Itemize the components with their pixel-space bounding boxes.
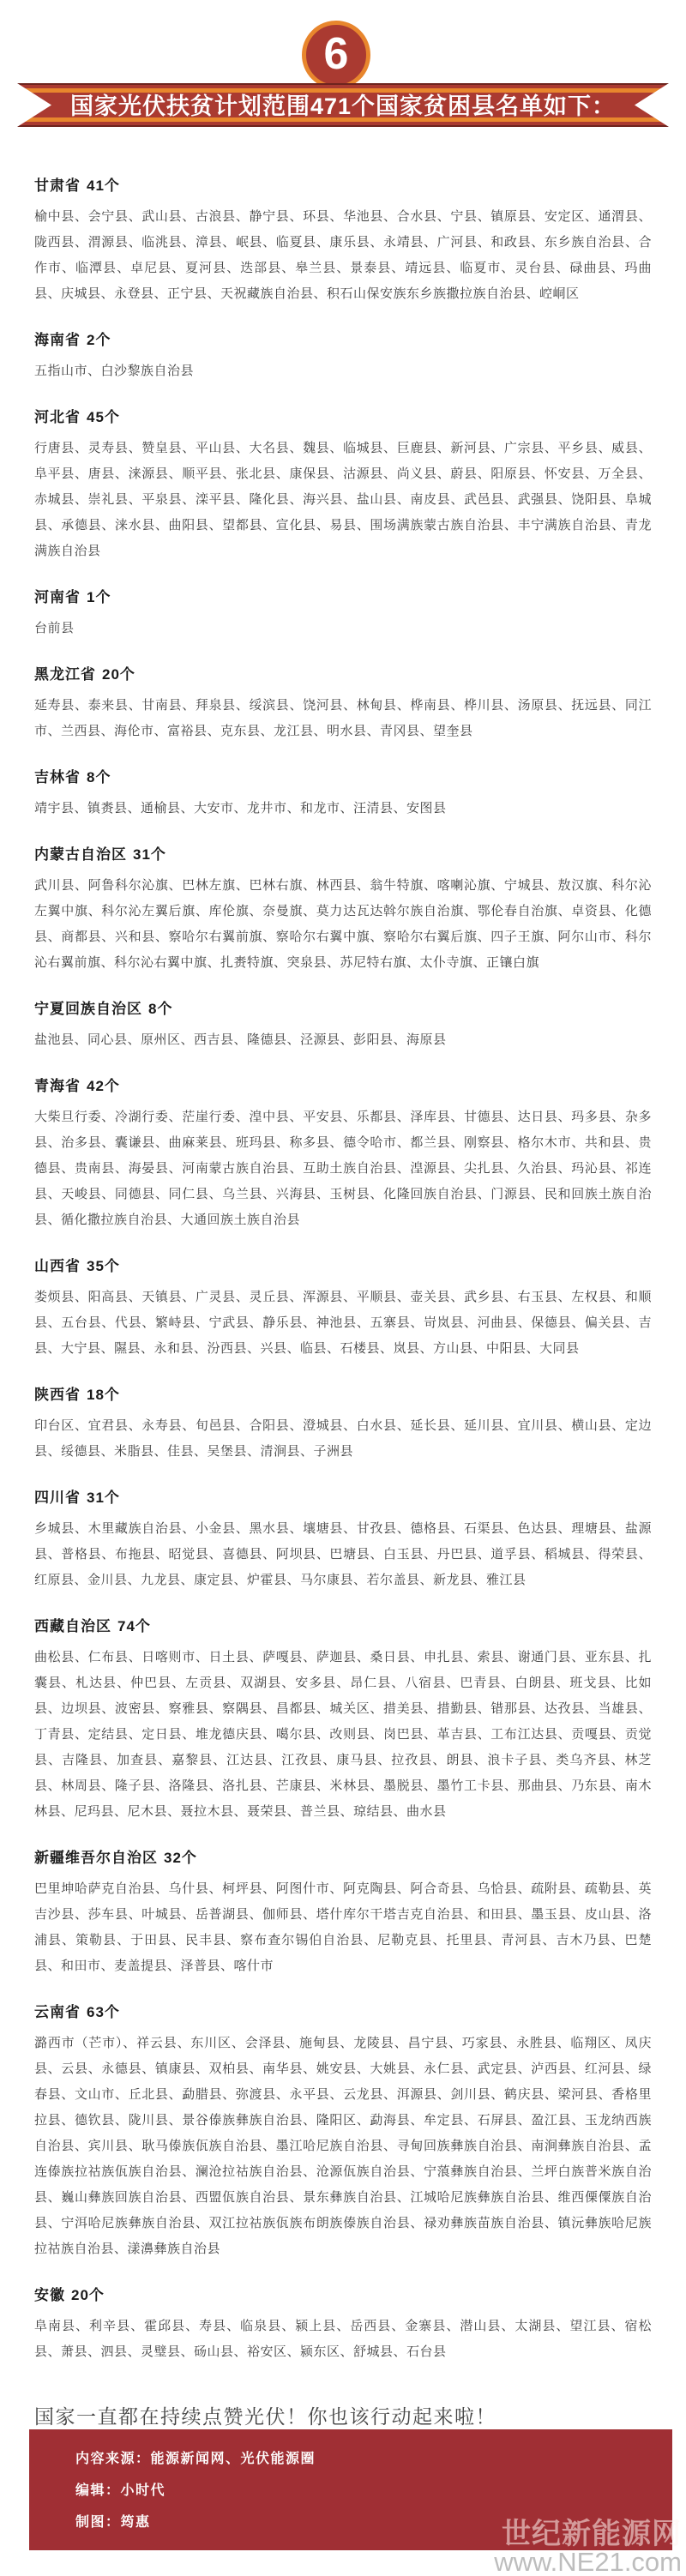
province-heading: 黑龙江省20个 <box>34 662 652 683</box>
closing-note: 国家一直都在持续点赞光伏！你也该行动起来啦！ <box>0 2401 686 2429</box>
province-count: 35个 <box>87 1258 120 1274</box>
province-section-neimenggu: 内蒙古自治区31个 武川县、阿鲁科尔沁旗、巴林左旗、巴林右旗、林西县、翁牛特旗、… <box>34 842 652 976</box>
province-heading: 内蒙古自治区31个 <box>34 842 652 864</box>
province-section-qinghai: 青海省42个 大柴旦行委、冷湖行委、茫崖行委、湟中县、平安县、乐都县、泽库县、甘… <box>34 1074 652 1233</box>
province-count: 42个 <box>87 1078 120 1094</box>
province-name: 黑龙江省 <box>34 666 96 683</box>
county-list: 印台区、宜君县、永寿县、旬邑县、合阳县、澄城县、白水县、延长县、延川县、宜川县、… <box>34 1413 652 1465</box>
county-list: 五指山市、白沙黎族自治县 <box>34 358 652 384</box>
province-section-xizang: 西藏自治区74个 曲松县、仁布县、日喀则市、日土县、萨嘎县、萨迦县、桑日县、申扎… <box>34 1614 652 1825</box>
province-section-jilin: 吉林省8个 靖宇县、镇赉县、通榆县、大安市、龙井市、和龙市、汪清县、安图县 <box>34 765 652 822</box>
province-heading: 山西省35个 <box>34 1254 652 1275</box>
province-count: 63个 <box>87 2004 120 2020</box>
province-count: 74个 <box>117 1618 151 1634</box>
province-heading: 安徽20个 <box>34 2283 652 2304</box>
province-name: 宁夏回族自治区 <box>34 1001 142 1017</box>
section-number-badge: 6 <box>302 21 370 89</box>
province-count: 31个 <box>87 1490 120 1506</box>
province-heading: 新疆维吾尔自治区32个 <box>34 1845 652 1867</box>
county-list: 阜南县、利辛县、霍邱县、寿县、临泉县、颍上县、岳西县、金寨县、潜山县、太湖县、望… <box>34 2314 652 2365</box>
county-list: 娄烦县、阳高县、天镇县、广灵县、灵丘县、浑源县、平顺县、壶关县、武乡县、右玉县、… <box>34 1285 652 1362</box>
province-section-anhui: 安徽20个 阜南县、利辛县、霍邱县、寿县、临泉县、颍上县、岳西县、金寨县、潜山县… <box>34 2283 652 2365</box>
province-section-ningxia: 宁夏回族自治区8个 盐池县、同心县、原州区、西吉县、隆德县、泾源县、彭阳县、海原… <box>34 996 652 1053</box>
county-list: 武川县、阿鲁科尔沁旗、巴林左旗、巴林右旗、林西县、翁牛特旗、喀喇沁旗、宁城县、敖… <box>34 873 652 976</box>
county-list: 大柴旦行委、冷湖行委、茫崖行委、湟中县、平安县、乐都县、泽库县、甘德县、达日县、… <box>34 1104 652 1233</box>
section-number: 6 <box>324 32 349 79</box>
province-name: 云南省 <box>34 2004 81 2020</box>
province-count: 2个 <box>87 332 111 348</box>
province-name: 新疆维吾尔自治区 <box>34 1850 158 1866</box>
province-name: 内蒙古自治区 <box>34 846 127 863</box>
province-heading: 青海省42个 <box>34 1074 652 1095</box>
province-list: 甘肃省41个 榆中县、会宁县、武山县、古浪县、静宁县、环县、华池县、合水县、宁县… <box>0 153 686 2365</box>
province-count: 20个 <box>71 2287 105 2303</box>
county-list: 潞西市（芒市）、祥云县、东川区、会泽县、施甸县、龙陵县、昌宁县、巧家县、永胜县、… <box>34 2031 652 2262</box>
infographic-page: 6 国家光伏扶贫计划范围471个国家贫困县名单如下： 甘肃省41个 榆中县、会宁… <box>0 0 686 2576</box>
province-name: 山西省 <box>34 1258 81 1274</box>
province-heading: 河北省45个 <box>34 405 652 426</box>
province-section-hainan: 海南省2个 五指山市、白沙黎族自治县 <box>34 328 652 384</box>
province-heading: 海南省2个 <box>34 328 652 349</box>
province-heading: 河南省1个 <box>34 585 652 606</box>
province-count: 1个 <box>87 589 111 605</box>
county-list: 台前县 <box>34 616 652 641</box>
province-section-xinjiang: 新疆维吾尔自治区32个 巴里坤哈萨克自治县、乌什县、柯坪县、阿图什市、阿克陶县、… <box>34 1845 652 1979</box>
province-name: 河北省 <box>34 409 81 425</box>
province-name: 四川省 <box>34 1490 81 1506</box>
province-section-henan: 河南省1个 台前县 <box>34 585 652 641</box>
province-name: 青海省 <box>34 1078 81 1094</box>
province-name: 西藏自治区 <box>34 1618 111 1634</box>
province-count: 45个 <box>87 409 120 425</box>
county-list: 榆中县、会宁县、武山县、古浪县、静宁县、环县、华池县、合水县、宁县、镇原县、安定… <box>34 204 652 307</box>
watermark-site-url: www.NE21.com <box>494 2549 682 2576</box>
county-list: 盐池县、同心县、原州区、西吉县、隆德县、泾源县、彭阳县、海原县 <box>34 1027 652 1053</box>
province-name: 甘肃省 <box>34 178 81 194</box>
province-count: 32个 <box>164 1850 197 1866</box>
province-section-hebei: 河北省45个 行唐县、灵寿县、赞皇县、平山县、大名县、魏县、临城县、巨鹿县、新河… <box>34 405 652 564</box>
top-banner: 6 国家光伏扶贫计划范围471个国家贫困县名单如下： <box>0 0 686 153</box>
province-heading: 陕西省18个 <box>34 1382 652 1404</box>
province-heading: 甘肃省41个 <box>34 173 652 195</box>
province-name: 陕西省 <box>34 1387 81 1403</box>
county-list: 曲松县、仁布县、日喀则市、日土县、萨嘎县、萨迦县、桑日县、申扎县、索县、谢通门县… <box>34 1645 652 1825</box>
watermark-site-name: 世纪新能源网 <box>494 2519 682 2549</box>
province-name: 安徽 <box>34 2287 65 2303</box>
title-ribbon: 国家光伏扶贫计划范围471个国家贫困县名单如下： <box>17 83 669 127</box>
province-section-sichuan: 四川省31个 乡城县、木里藏族自治县、小金县、黑水县、壤塘县、甘孜县、德格县、石… <box>34 1485 652 1593</box>
province-section-gansu: 甘肃省41个 榆中县、会宁县、武山县、古浪县、静宁县、环县、华池县、合水县、宁县… <box>34 173 652 307</box>
page-title: 国家光伏扶贫计划范围471个国家贫困县名单如下： <box>70 87 616 123</box>
county-list: 行唐县、灵寿县、赞皇县、平山县、大名县、魏县、临城县、巨鹿县、新河县、广宗县、平… <box>34 436 652 564</box>
province-name: 吉林省 <box>34 769 81 785</box>
province-heading: 四川省31个 <box>34 1485 652 1507</box>
province-count: 8个 <box>148 1001 172 1017</box>
county-list: 巴里坤哈萨克自治县、乌什县、柯坪县、阿图什市、阿克陶县、阿合奇县、乌恰县、疏附县… <box>34 1876 652 1979</box>
footer-source-line: 内容来源：能源新闻网、光伏能源圈 <box>75 2443 638 2475</box>
province-count: 31个 <box>133 846 166 863</box>
province-name: 河南省 <box>34 589 81 605</box>
province-heading: 吉林省8个 <box>34 765 652 786</box>
province-count: 18个 <box>87 1387 120 1403</box>
province-heading: 宁夏回族自治区8个 <box>34 996 652 1018</box>
province-heading: 西藏自治区74个 <box>34 1614 652 1635</box>
province-heading: 云南省63个 <box>34 2000 652 2021</box>
province-count: 20个 <box>102 666 135 683</box>
county-list: 延寿县、泰来县、甘南县、拜泉县、绥滨县、饶河县、林甸县、桦南县、桦川县、汤原县、… <box>34 693 652 744</box>
province-name: 海南省 <box>34 332 81 348</box>
province-count: 41个 <box>87 178 120 194</box>
province-count: 8个 <box>87 769 111 785</box>
watermark: 世纪新能源网 www.NE21.com <box>494 2519 682 2576</box>
county-list: 乡城县、木里藏族自治县、小金县、黑水县、壤塘县、甘孜县、德格县、石渠县、色达县、… <box>34 1516 652 1593</box>
footer-editor-line: 编辑：小时代 <box>75 2475 638 2507</box>
province-section-heilongjiang: 黑龙江省20个 延寿县、泰来县、甘南县、拜泉县、绥滨县、饶河县、林甸县、桦南县、… <box>34 662 652 744</box>
county-list: 靖宇县、镇赉县、通榆县、大安市、龙井市、和龙市、汪清县、安图县 <box>34 796 652 822</box>
province-section-yunnan: 云南省63个 潞西市（芒市）、祥云县、东川区、会泽县、施甸县、龙陵县、昌宁县、巧… <box>34 2000 652 2262</box>
province-section-shaanxi: 陕西省18个 印台区、宜君县、永寿县、旬邑县、合阳县、澄城县、白水县、延长县、延… <box>34 1382 652 1465</box>
province-section-shanxi: 山西省35个 娄烦县、阳高县、天镇县、广灵县、灵丘县、浑源县、平顺县、壶关县、武… <box>34 1254 652 1362</box>
